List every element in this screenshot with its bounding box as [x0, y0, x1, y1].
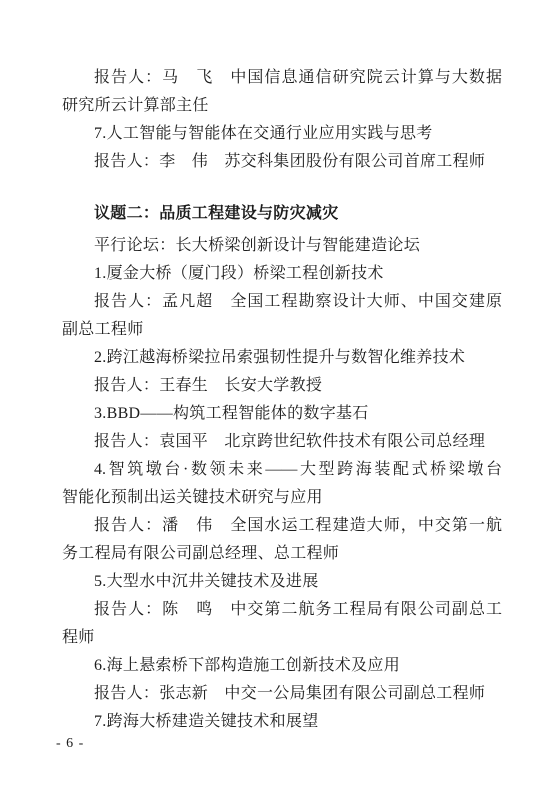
topic-5-line: 5.大型水中沉井关键技术及进展 [62, 568, 502, 596]
speaker-continuation-line: 程师 [62, 624, 502, 652]
speaker-line-yuan-guoping: 报告人：袁国平 北京跨世纪软件技术有限公司总经理 [62, 428, 502, 456]
topic-6-line: 6.海上悬索桥下部构造施工创新技术及应用 [62, 652, 502, 680]
speaker-line-pan-wei: 报告人：潘 伟 全国水运工程建造大师，中交第一航 [62, 512, 502, 540]
speaker-line-ma-fei: 报告人：马 飞 中国信息通信研究院云计算与大数据 [62, 64, 502, 92]
speaker-continuation-line: 研究所云计算部主任 [62, 92, 502, 120]
page-number: - 6 - [56, 734, 84, 754]
topic-4-line: 4.智筑墩台·数领未来——大型跨海装配式桥梁墩台 [62, 456, 502, 484]
topic-7-bridge-line: 7.跨海大桥建造关键技术和展望 [62, 708, 502, 736]
topic-4-continuation-line: 智能化预制出运关键技术研究与应用 [62, 484, 502, 512]
speaker-continuation-line: 副总工程师 [62, 316, 502, 344]
speaker-line-zhang-zhixin: 报告人：张志新 中交一公局集团有限公司副总工程师 [62, 680, 502, 708]
document-body: 报告人：马 飞 中国信息通信研究院云计算与大数据 研究所云计算部主任 7.人工智… [62, 64, 502, 736]
speaker-line-wang-chunsheng: 报告人：王春生 长安大学教授 [62, 372, 502, 400]
speaker-line-chen-ming: 报告人：陈 鸣 中交第二航务工程局有限公司副总工 [62, 596, 502, 624]
speaker-line-meng-fanchao: 报告人：孟凡超 全国工程勘察设计大师、中国交建原 [62, 288, 502, 316]
speaker-line-li-wei: 报告人：李 伟 苏交科集团股份有限公司首席工程师 [62, 148, 502, 176]
speaker-continuation-line: 务工程局有限公司副总经理、总工程师 [62, 540, 502, 568]
topic-2-line: 2.跨江越海桥梁拉吊索强韧性提升与数智化维养技术 [62, 344, 502, 372]
topic-7-ai-line: 7.人工智能与智能体在交通行业应用实践与思考 [62, 120, 502, 148]
session-2-heading: 议题二：品质工程建设与防灾减灾 [62, 200, 502, 228]
parallel-forum-line: 平行论坛：长大桥梁创新设计与智能建造论坛 [62, 232, 502, 260]
topic-1-line: 1.厦金大桥（厦门段）桥梁工程创新技术 [62, 260, 502, 288]
topic-3-line: 3.BBD——构筑工程智能体的数字基石 [62, 400, 502, 428]
document-page: 报告人：马 飞 中国信息通信研究院云计算与大数据 研究所云计算部主任 7.人工智… [0, 0, 554, 792]
